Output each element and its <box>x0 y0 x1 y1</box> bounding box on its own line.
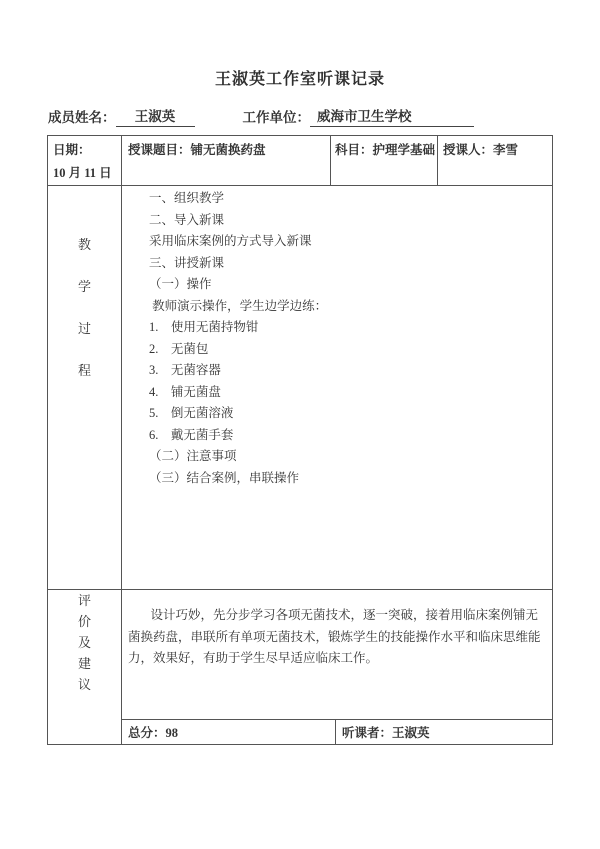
vertical-label-char: 教 <box>78 238 91 252</box>
vertical-label-char: 议 <box>78 678 91 692</box>
table-footer-row: 总分：98 听课者：王淑英 <box>122 720 552 744</box>
process-line: 5. 倒无菌溶液 <box>149 403 544 425</box>
process-line: 教师演示操作，学生边学边练： <box>149 296 544 318</box>
process-line: 二、导入新课 <box>149 210 544 232</box>
observation-record-table: 日期： 10 月 11 日 授课题目：铺无菌换药盘 科目：护理学基础 授课人：李… <box>47 135 553 745</box>
observer-cell: 听课者：王淑英 <box>336 720 552 744</box>
lecturer-cell: 授课人：李雪 <box>438 136 552 185</box>
document-page: 王淑英工作室听课记录 成员姓名：王淑英工作单位：威海市卫生学校 日期： 10 月… <box>0 0 600 745</box>
process-line: 6. 戴无菌手套 <box>149 425 544 447</box>
vertical-label-char: 价 <box>78 615 91 629</box>
teaching-process-row: 教学过程 一、组织教学二、导入新课采用临床案例的方式导入新课三、讲授新课（一）操… <box>48 186 552 590</box>
process-line: （二）注意事项 <box>149 446 544 468</box>
vertical-label-char: 程 <box>78 364 91 378</box>
process-line: 4. 铺无菌盘 <box>149 382 544 404</box>
vertical-label-char: 及 <box>78 636 91 650</box>
evaluation-label: 评价及建议 <box>48 590 122 744</box>
teaching-process-content: 一、组织教学二、导入新课采用临床案例的方式导入新课三、讲授新课（一）操作 教师演… <box>122 186 552 589</box>
vertical-label-char: 过 <box>78 322 91 336</box>
process-line: 三、讲授新课 <box>149 253 544 275</box>
teaching-process-label: 教学过程 <box>48 186 122 589</box>
process-line: 2. 无菌包 <box>149 339 544 361</box>
process-line: 3. 无菌容器 <box>149 360 544 382</box>
member-info-row: 成员姓名：王淑英工作单位：威海市卫生学校 <box>0 108 600 127</box>
page-title: 王淑英工作室听课记录 <box>0 70 600 89</box>
lecture-topic-cell: 授课题目：铺无菌换药盘 <box>122 136 331 185</box>
subject-cell: 科目：护理学基础 <box>331 136 438 185</box>
process-line: 采用临床案例的方式导入新课 <box>149 231 544 253</box>
date-value: 10 月 11 日 <box>53 162 117 185</box>
member-name-label: 成员姓名： <box>48 109 116 127</box>
vertical-label-char: 建 <box>78 657 91 671</box>
work-unit-value: 威海市卫生学校 <box>310 108 474 127</box>
work-unit-label: 工作单位： <box>243 109 311 127</box>
process-line: 一、组织教学 <box>149 188 544 210</box>
date-cell: 日期： 10 月 11 日 <box>48 136 122 185</box>
evaluation-right-section: 设计巧妙，先分步学习各项无菌技术，逐一突破，接着用临床案例铺无菌换药盘，串联所有… <box>122 590 552 744</box>
vertical-label-char: 评 <box>78 594 91 608</box>
evaluation-row: 评价及建议 设计巧妙，先分步学习各项无菌技术，逐一突破，接着用临床案例铺无菌换药… <box>48 590 552 744</box>
process-line: （一）操作 <box>149 274 544 296</box>
total-score-cell: 总分：98 <box>122 720 336 744</box>
member-name-value: 王淑英 <box>116 108 195 127</box>
process-line: 1. 使用无菌持物钳 <box>149 317 544 339</box>
vertical-label-char: 学 <box>78 280 91 294</box>
evaluation-text: 设计巧妙，先分步学习各项无菌技术，逐一突破，接着用临床案例铺无菌换药盘，串联所有… <box>122 590 552 720</box>
date-label: 日期： <box>53 139 117 162</box>
process-line: （三）结合案例，串联操作 <box>149 468 544 490</box>
table-header-row: 日期： 10 月 11 日 授课题目：铺无菌换药盘 科目：护理学基础 授课人：李… <box>48 136 552 186</box>
